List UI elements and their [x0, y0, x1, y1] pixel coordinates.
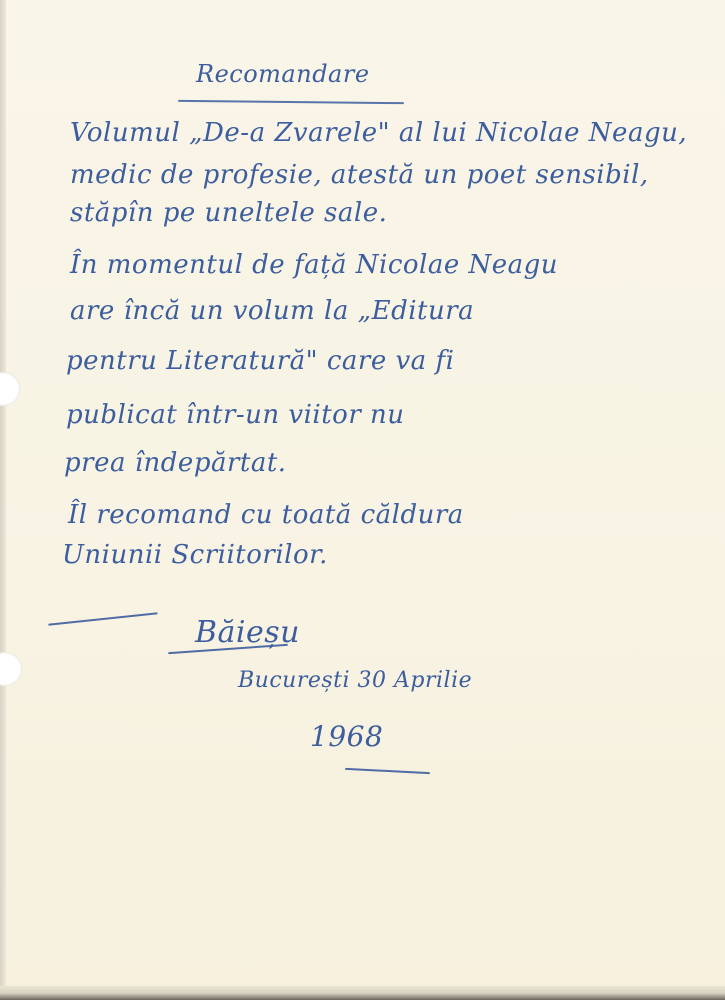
paper-bottom-shadow — [0, 986, 725, 1000]
place-date: București 30 Aprilie — [238, 668, 472, 693]
letter-title: Recomandare — [196, 60, 370, 88]
year: 1968 — [310, 720, 383, 753]
paragraph-2-line-1: În momentul de față Nicolae Neagu — [70, 250, 558, 280]
paragraph-3-line-2: Uniunii Scriitorilor. — [62, 540, 328, 570]
letter-paper — [6, 0, 725, 990]
paragraph-1-line-3: stăpîn pe uneltele sale. — [70, 198, 387, 228]
paragraph-2-line-5: prea îndepărtat. — [64, 448, 287, 478]
paragraph-2-line-3: pentru Literatură" care va fi — [66, 346, 454, 376]
paragraph-2-line-4: publicat într-un viitor nu — [66, 400, 405, 430]
paragraph-3-line-1: Îl recomand cu toată căldura — [68, 500, 464, 530]
paragraph-2-line-2: are încă un volum la „Editura — [70, 296, 474, 326]
signature: Băieșu — [195, 615, 300, 650]
paragraph-1-line-2: medic de profesie, atestă un poet sensib… — [70, 160, 649, 190]
paragraph-1-line-1: Volumul „De-a Zvarele" al lui Nicolae Ne… — [70, 118, 687, 148]
